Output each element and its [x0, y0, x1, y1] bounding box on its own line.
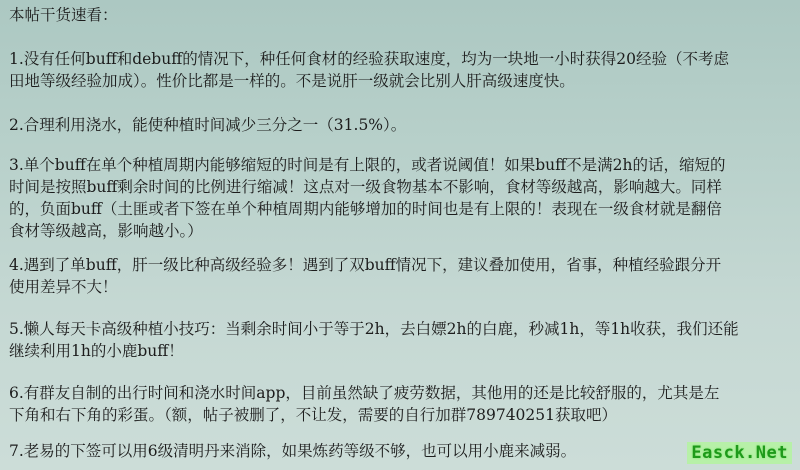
site-watermark: Easck.Net — [687, 442, 792, 464]
tip-5: 5.懒人每天卡高级种植小技巧：当剩余时间小于等于2h，去白嫖2h的白鹿，秒减1h… — [9, 318, 739, 362]
tip-2: 2.合理利用浇水，能使种植时间减少三分之一（31.5%）。 — [9, 114, 406, 136]
tip-3-line-2: 时间是按照buff剩余时间的比例进行缩减！这点对一级食物基本不影响，食材等级越高… — [9, 176, 725, 198]
tip-1-line-2: 田地等级经验加成）。性价比都是一样的。不是说肝一级就会比别人肝高级速度快。 — [9, 70, 729, 92]
tip-2-line-1: 2.合理利用浇水，能使种植时间减少三分之一（31.5%）。 — [9, 114, 406, 136]
tip-3-line-1: 3.单个buff在单个种植周期内能够缩短的时间是有上限的，或者说阈值！如果buf… — [9, 154, 725, 176]
tip-7-line-1: 7.老易的下签可以用6级清明丹来消除，如果炼药等级不够，也可以用小鹿来减弱。 — [9, 440, 576, 462]
tip-6: 6.有群友自制的出行时间和浇水时间app，目前虽然缺了疲劳数据，其他用的还是比较… — [9, 382, 719, 426]
tip-6-line-1: 6.有群友自制的出行时间和浇水时间app，目前虽然缺了疲劳数据，其他用的还是比较… — [9, 382, 719, 404]
tip-5-line-2: 继续利用1h的小鹿buff！ — [9, 340, 739, 362]
tip-4-line-1: 4.遇到了单buff，肝一级比种高级经验多！遇到了双buff情况下，建议叠加使用… — [9, 254, 721, 276]
tip-4-line-2: 使用差异不大！ — [9, 276, 721, 298]
page-title: 本帖干货速看： — [9, 4, 118, 26]
tip-6-line-2: 下角和右下角的彩蛋。（额，帖子被删了，不让发，需要的自行加群789740251获… — [9, 404, 719, 426]
tip-3-line-3: 的，负面buff（土匪或者下签在单个种植周期内能够增加的时间也是有上限的！表现在… — [9, 198, 725, 220]
tip-5-line-1: 5.懒人每天卡高级种植小技巧：当剩余时间小于等于2h，去白嫖2h的白鹿，秒减1h… — [9, 318, 739, 340]
tip-3-line-4: 食材等级越高，影响越小。） — [9, 220, 725, 242]
tip-1-line-1: 1.没有任何buff和debuff的情况下，种任何食材的经验获取速度，均为一块地… — [9, 48, 729, 70]
tip-1: 1.没有任何buff和debuff的情况下，种任何食材的经验获取速度，均为一块地… — [9, 48, 729, 92]
tip-4: 4.遇到了单buff，肝一级比种高级经验多！遇到了双buff情况下，建议叠加使用… — [9, 254, 721, 298]
tip-7: 7.老易的下签可以用6级清明丹来消除，如果炼药等级不够，也可以用小鹿来减弱。 — [9, 440, 576, 462]
tip-3: 3.单个buff在单个种植周期内能够缩短的时间是有上限的，或者说阈值！如果buf… — [9, 154, 725, 242]
